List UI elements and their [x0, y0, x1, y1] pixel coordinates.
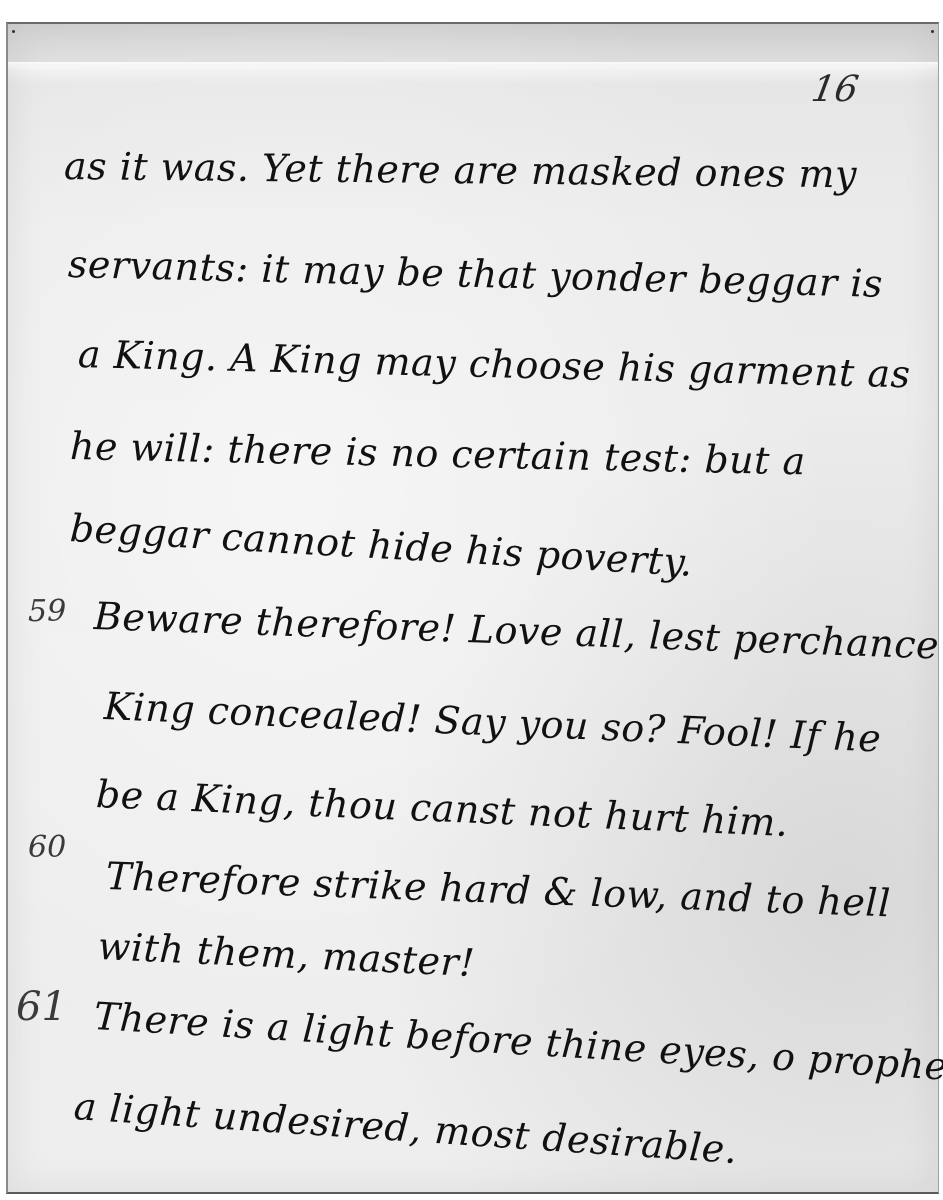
manuscript-line: he will: there is no certain test: but a [70, 424, 807, 483]
page-number: 16 [809, 69, 862, 110]
manuscript-line: beggar cannot hide his poverty. [69, 506, 694, 585]
manuscript-line: with them, master! [97, 924, 476, 985]
manuscript-line: King concealed! Say you so? Fool! If he [103, 684, 882, 761]
manuscript-line: be a King, thou canst not hurt him. [95, 772, 789, 845]
manuscript-line: There is a light before thine eyes, o pr… [93, 994, 943, 1090]
pin-hole [12, 30, 15, 33]
manuscript-line: Beware therefore! Love all, lest perchan… [93, 594, 943, 670]
manuscript-line: servants: it may be that yonder beggar i… [67, 242, 883, 306]
verse-number: 60 [28, 830, 66, 865]
manuscript-line: Therefore strike hard & low, and to hell [105, 854, 891, 925]
paper-fold [8, 62, 938, 70]
manuscript-line: a King. A King may choose his garment as [77, 332, 911, 396]
manuscript-line: a light undesired, most desirable. [73, 1084, 739, 1172]
verse-number: 61 [16, 984, 67, 1030]
verse-number: 59 [28, 594, 66, 629]
pin-hole [931, 30, 934, 33]
manuscript-page: 16 as it was. Yet there are masked ones … [6, 22, 939, 1194]
manuscript-line: as it was. Yet there are masked ones my [64, 144, 858, 196]
